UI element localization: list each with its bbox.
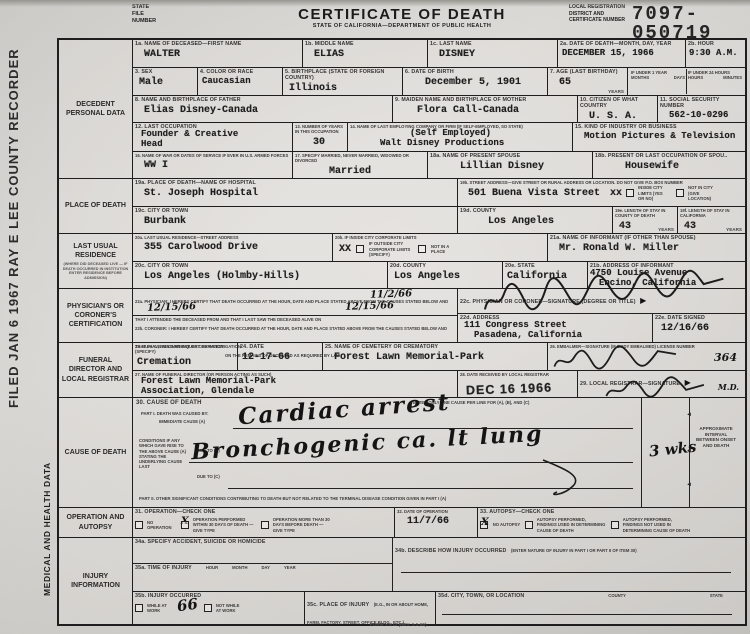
section-place-of-death: PLACE OF DEATH — [59, 179, 132, 234]
field-death-city: 19c. CITY OR TOWNBurbank — [133, 207, 458, 233]
certificate-subtitle: STATE OF CALIFORNIA—DEPARTMENT OF PUBLIC… — [242, 22, 562, 31]
autopsy-findings-used-checkbox — [525, 521, 533, 529]
prior-operation-checkbox — [261, 521, 269, 529]
field-date-signed: 22e. DATE SIGNED12/16/66 — [653, 314, 745, 342]
injury-scribble: 66 — [176, 595, 199, 616]
autopsy-check-mark: X — [481, 517, 489, 528]
field-registrar-signature: 29. LOCAL REGISTRAR—SIGNATURE ▶ M.D. — [578, 371, 745, 397]
field-injury-occurred: 35b. INJURY OCCURRED WHILE AT WORK 66 NO… — [133, 592, 305, 624]
interval-arrow-icon: ◄ — [686, 448, 692, 454]
not-in-city-checkbox — [676, 189, 684, 197]
field-mother-name-birthplace: 9. MAIDEN NAME AND BIRTHPLACE OF MOTHERF… — [393, 96, 578, 122]
field-death-county: 19d. COUNTYLos Angeles — [458, 207, 613, 233]
field-physician-signature: 22c. PHYSICIAN OR CORONER—SIGNATURE (DEG… — [458, 289, 745, 314]
field-employing-company: 14. NAME OF LAST EMPLOYING COMPANY OR FI… — [348, 123, 573, 151]
certificate-title: CERTIFICATE OF DEATH — [242, 7, 562, 22]
field-accident-suicide-homicide: 34a. SPECIFY ACCIDENT, SUICIDE OR HOMICI… — [133, 538, 392, 564]
last-seen-alive-date: 12/15/66 — [345, 300, 394, 313]
interval-arrow-icon: ◄ — [686, 412, 692, 418]
field-sex: 3. SEXMale — [133, 68, 198, 95]
field-embalmer-signature: 26. EMBALMER—SIGNATURE (IF BODY EMBALMED… — [548, 343, 745, 370]
field-place-of-injury: 35c. PLACE OF INJURY (E.G., IN OR ABOUT … — [305, 592, 436, 624]
county-recorder-filed-stamp: FILED JAN 6 1967 RAY E LEE COUNTY RECORD… — [6, 28, 21, 408]
field-cause-of-death: 30. CAUSE OF DEATH ENTER ONLY ONE CAUSE … — [133, 398, 745, 507]
not-while-at-work-checkbox — [204, 604, 212, 612]
field-social-security-number: 11. SOCIAL SECURITY NUMBER562-10-0296 — [658, 96, 745, 122]
field-operation: 31. OPERATION—CHECK ONE NO OPERATION XOP… — [133, 508, 395, 537]
field-stay-county: 19e. LENGTH OF STAY IN COUNTY OF DEATH43… — [613, 207, 678, 233]
field-time-of-injury: 35a. TIME OF INJURYHOURMONTHDAYYEAR — [133, 564, 392, 590]
state-file-number-label: STATEFILENUMBER — [132, 4, 156, 25]
section-label-column: DECEDENT PERSONAL DATA PLACE OF DEATH LA… — [59, 40, 133, 624]
autopsy-findings-not-used-checkbox — [611, 521, 619, 529]
field-spouse-name: 18a. NAME OF PRESENT SPOUSELillian Disne… — [428, 152, 593, 178]
field-years-in-occupation: 13. NUMBER OF YEARS IN THIS OCCUPATION30 — [293, 123, 348, 151]
certificate-form: DECEDENT PERSONAL DATA PLACE OF DEATH LA… — [57, 38, 747, 626]
handwriting-flourish — [533, 458, 613, 498]
checkbox-mark: XX — [339, 244, 351, 255]
section-operation-autopsy: OPERATION AND AUTOPSY — [59, 508, 132, 538]
field-coroner-certification: 22b. CORONER: I HEREBY CERTIFY THAT DEAT… — [133, 316, 457, 341]
date-received-stamp: DEC 16 1966 — [466, 382, 552, 397]
registrar-signature — [604, 376, 725, 400]
location-blank-line — [442, 614, 732, 615]
medical-health-data-sidebar: MEDICAL AND HEALTH DATA — [42, 462, 52, 596]
field-last-name: 1c. LAST NAMEDISNEY — [428, 40, 558, 67]
field-certifier-address: 22d. ADDRESS 111 Congress Street Pasaden… — [458, 314, 653, 342]
field-informant-name: 21a. NAME OF INFORMANT (IF OTHER THAN SP… — [548, 234, 745, 261]
section-physician-coroner-certification: PHYSICIAN'S OR CORONER'S CERTIFICATION — [59, 289, 132, 343]
field-spouse-occupation: 18b. PRESENT OR LAST OCCUPATION OF SPOU.… — [593, 152, 745, 178]
field-father-name-birthplace: 8. NAME AND BIRTHPLACE OF FATHERElias Di… — [133, 96, 393, 122]
field-death-street-address: 19b. STREET ADDRESS—GIVE STREET OR RURAL… — [458, 179, 745, 206]
field-disposition-date: 24. DATE12-17-66 — [238, 343, 323, 370]
not-in-place-checkbox — [418, 245, 426, 253]
section-cause-of-death: CAUSE OF DEATH — [59, 398, 132, 508]
outside-city-checkbox — [356, 245, 364, 253]
field-hour-of-death: 2b. HOUR9:30 A.M. — [686, 40, 745, 67]
while-at-work-checkbox — [135, 604, 143, 612]
field-hospital: 19a. PLACE OF DEATH—NAME OF HOSPITALSt. … — [133, 179, 458, 206]
field-birthplace: 5. BIRTHPLACE (STATE OR FOREIGN COUNTRY)… — [283, 68, 403, 95]
field-marital-status: 17. SPECIFY MARRIED, NEVER MARRIED, WIDO… — [293, 152, 428, 178]
field-citizen-country: 10. CITIZEN OF WHAT COUNTRYU. S. A. — [578, 96, 658, 122]
registrar-signature-suffix: M.D. — [718, 382, 739, 392]
field-residence-city-limits: 20b. IF INSIDE CITY CORPORATE LIMITS XX … — [333, 234, 548, 261]
field-physician-certification: 22a. PHYSICIAN: I HEREBY CERTIFY THAT DE… — [133, 289, 457, 316]
section-injury-information: INJURY INFORMATION — [59, 538, 132, 624]
field-age-sub-boxes: IF UNDER 1 YEAR MONTHSDAYS IF UNDER 24 H… — [628, 68, 745, 95]
field-last-occupation: 12. LAST OCCUPATIONFounder & CreativeHea… — [133, 123, 293, 151]
field-industry: 15. KIND OF INDUSTRY OR BUSINESSMotion P… — [573, 123, 745, 151]
certificate-header: STATEFILENUMBER CERTIFICATE OF DEATH STA… — [57, 2, 743, 38]
checkbox-mark: xx — [610, 188, 622, 199]
section-decedent-personal-data: DECEDENT PERSONAL DATA — [59, 40, 132, 179]
local-registration-label: LOCAL REGISTRATIONDISTRICT ANDCERTIFICAT… — [569, 4, 625, 24]
field-cemetery: 25. NAME OF CEMETERY OR CREMATORYForest … — [323, 343, 548, 370]
field-stay-california: 19f. LENGTH OF STAY IN CALIFORNIA43YEARS — [678, 207, 745, 233]
field-residence-city: 20c. CITY OR TOWNLos Angeles (Holmby-Hil… — [133, 262, 388, 288]
field-war-service: 16. NAME OF WAR OR DATES OF SERVICE IF E… — [133, 152, 293, 178]
field-injury-location: 35d. CITY, TOWN, OR LOCATIONCOUNTYSTATE — [436, 592, 745, 624]
field-date-of-death: 2a. DATE OF DEATH—MONTH, DAY, YEARDECEMB… — [558, 40, 686, 67]
field-how-injury-occurred: 34b. DESCRIBE HOW INJURY OCCURRED (ENTER… — [393, 538, 745, 591]
interval-arrow-icon: ◄ — [686, 482, 692, 488]
field-date-received: 28. DATE RECEIVED BY LOCAL REGISTRARDEC … — [458, 371, 578, 397]
interval-column-divider — [641, 398, 642, 508]
field-operation-date: 32. DATE OF OPERATION11/7/66 — [395, 508, 478, 537]
field-color-or-race: 4. COLOR OR RACECaucasian — [198, 68, 283, 95]
field-age: 7. AGE (LAST BIRTHDAY)65YEARS — [548, 68, 628, 95]
form-number-note: FORM VS-11 (REV. 1-1-66) — [370, 622, 427, 627]
field-first-name: 1a. NAME OF DECEASED—FIRST NAMEWALTER — [133, 40, 303, 67]
attended-from-date: 11/2/66 — [370, 288, 412, 300]
embalmer-license-number: 364 — [714, 351, 737, 364]
no-operation-checkbox — [135, 521, 143, 529]
field-middle-name: 1b. MIDDLE NAMEELIAS — [303, 40, 428, 67]
inside-city-checkbox — [626, 189, 634, 197]
field-autopsy: 33. AUTOPSY—CHECK ONE XNO AUTOPSY AUTOPS… — [478, 508, 745, 537]
injury-blank-line — [401, 572, 731, 573]
field-date-of-birth: 6. DATE OF BIRTHDecember 5, 1901 — [403, 68, 548, 95]
section-last-usual-residence: LAST USUAL RESIDENCE(WHERE DID DECEASED … — [59, 234, 132, 289]
attended-to-date: 12/15/66 — [147, 301, 196, 314]
operation-performed-checkbox — [181, 521, 189, 529]
section-funeral-director-registrar: FUNERAL DIRECTOR AND LOCAL REGISTRAR — [59, 343, 132, 398]
field-residence-street: 20a. LAST USUAL RESIDENCE—STREET ADDRESS… — [133, 234, 333, 261]
field-disposition: 23. BURIAL, ENTOMBMENT OR CREMATION (SPE… — [133, 343, 238, 370]
scanned-death-certificate: FILED JAN 6 1967 RAY E LEE COUNTY RECORD… — [0, 0, 750, 634]
